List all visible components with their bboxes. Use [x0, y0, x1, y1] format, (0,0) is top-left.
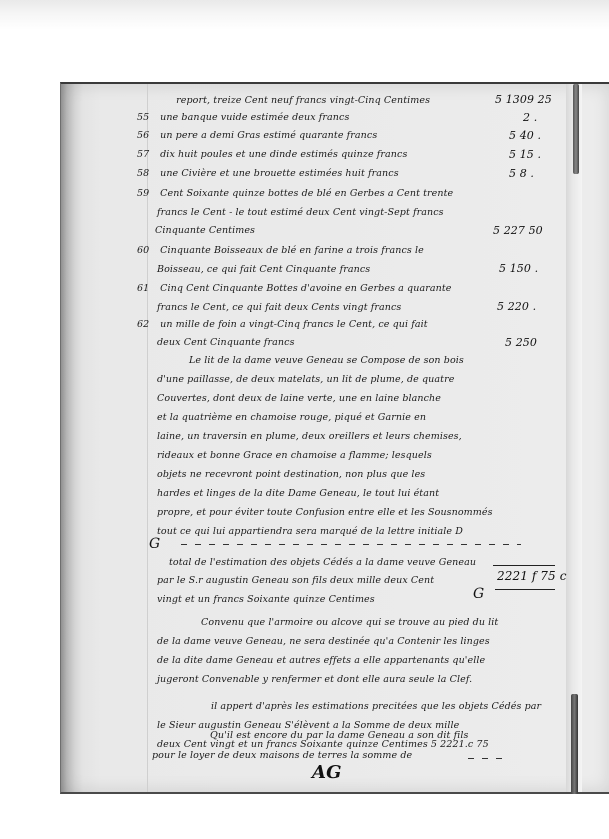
paragraph-line: pour le loyer de deux maisons de terres …: [152, 750, 412, 761]
dashed-filler-line: [468, 758, 508, 759]
handwritten-content-footer: Qu'il est encore du par la dame Geneau a…: [0, 0, 609, 839]
paraph-signature: AG: [312, 762, 342, 783]
paragraph-line: Qu'il est encore du par la dame Geneau a…: [210, 730, 468, 741]
